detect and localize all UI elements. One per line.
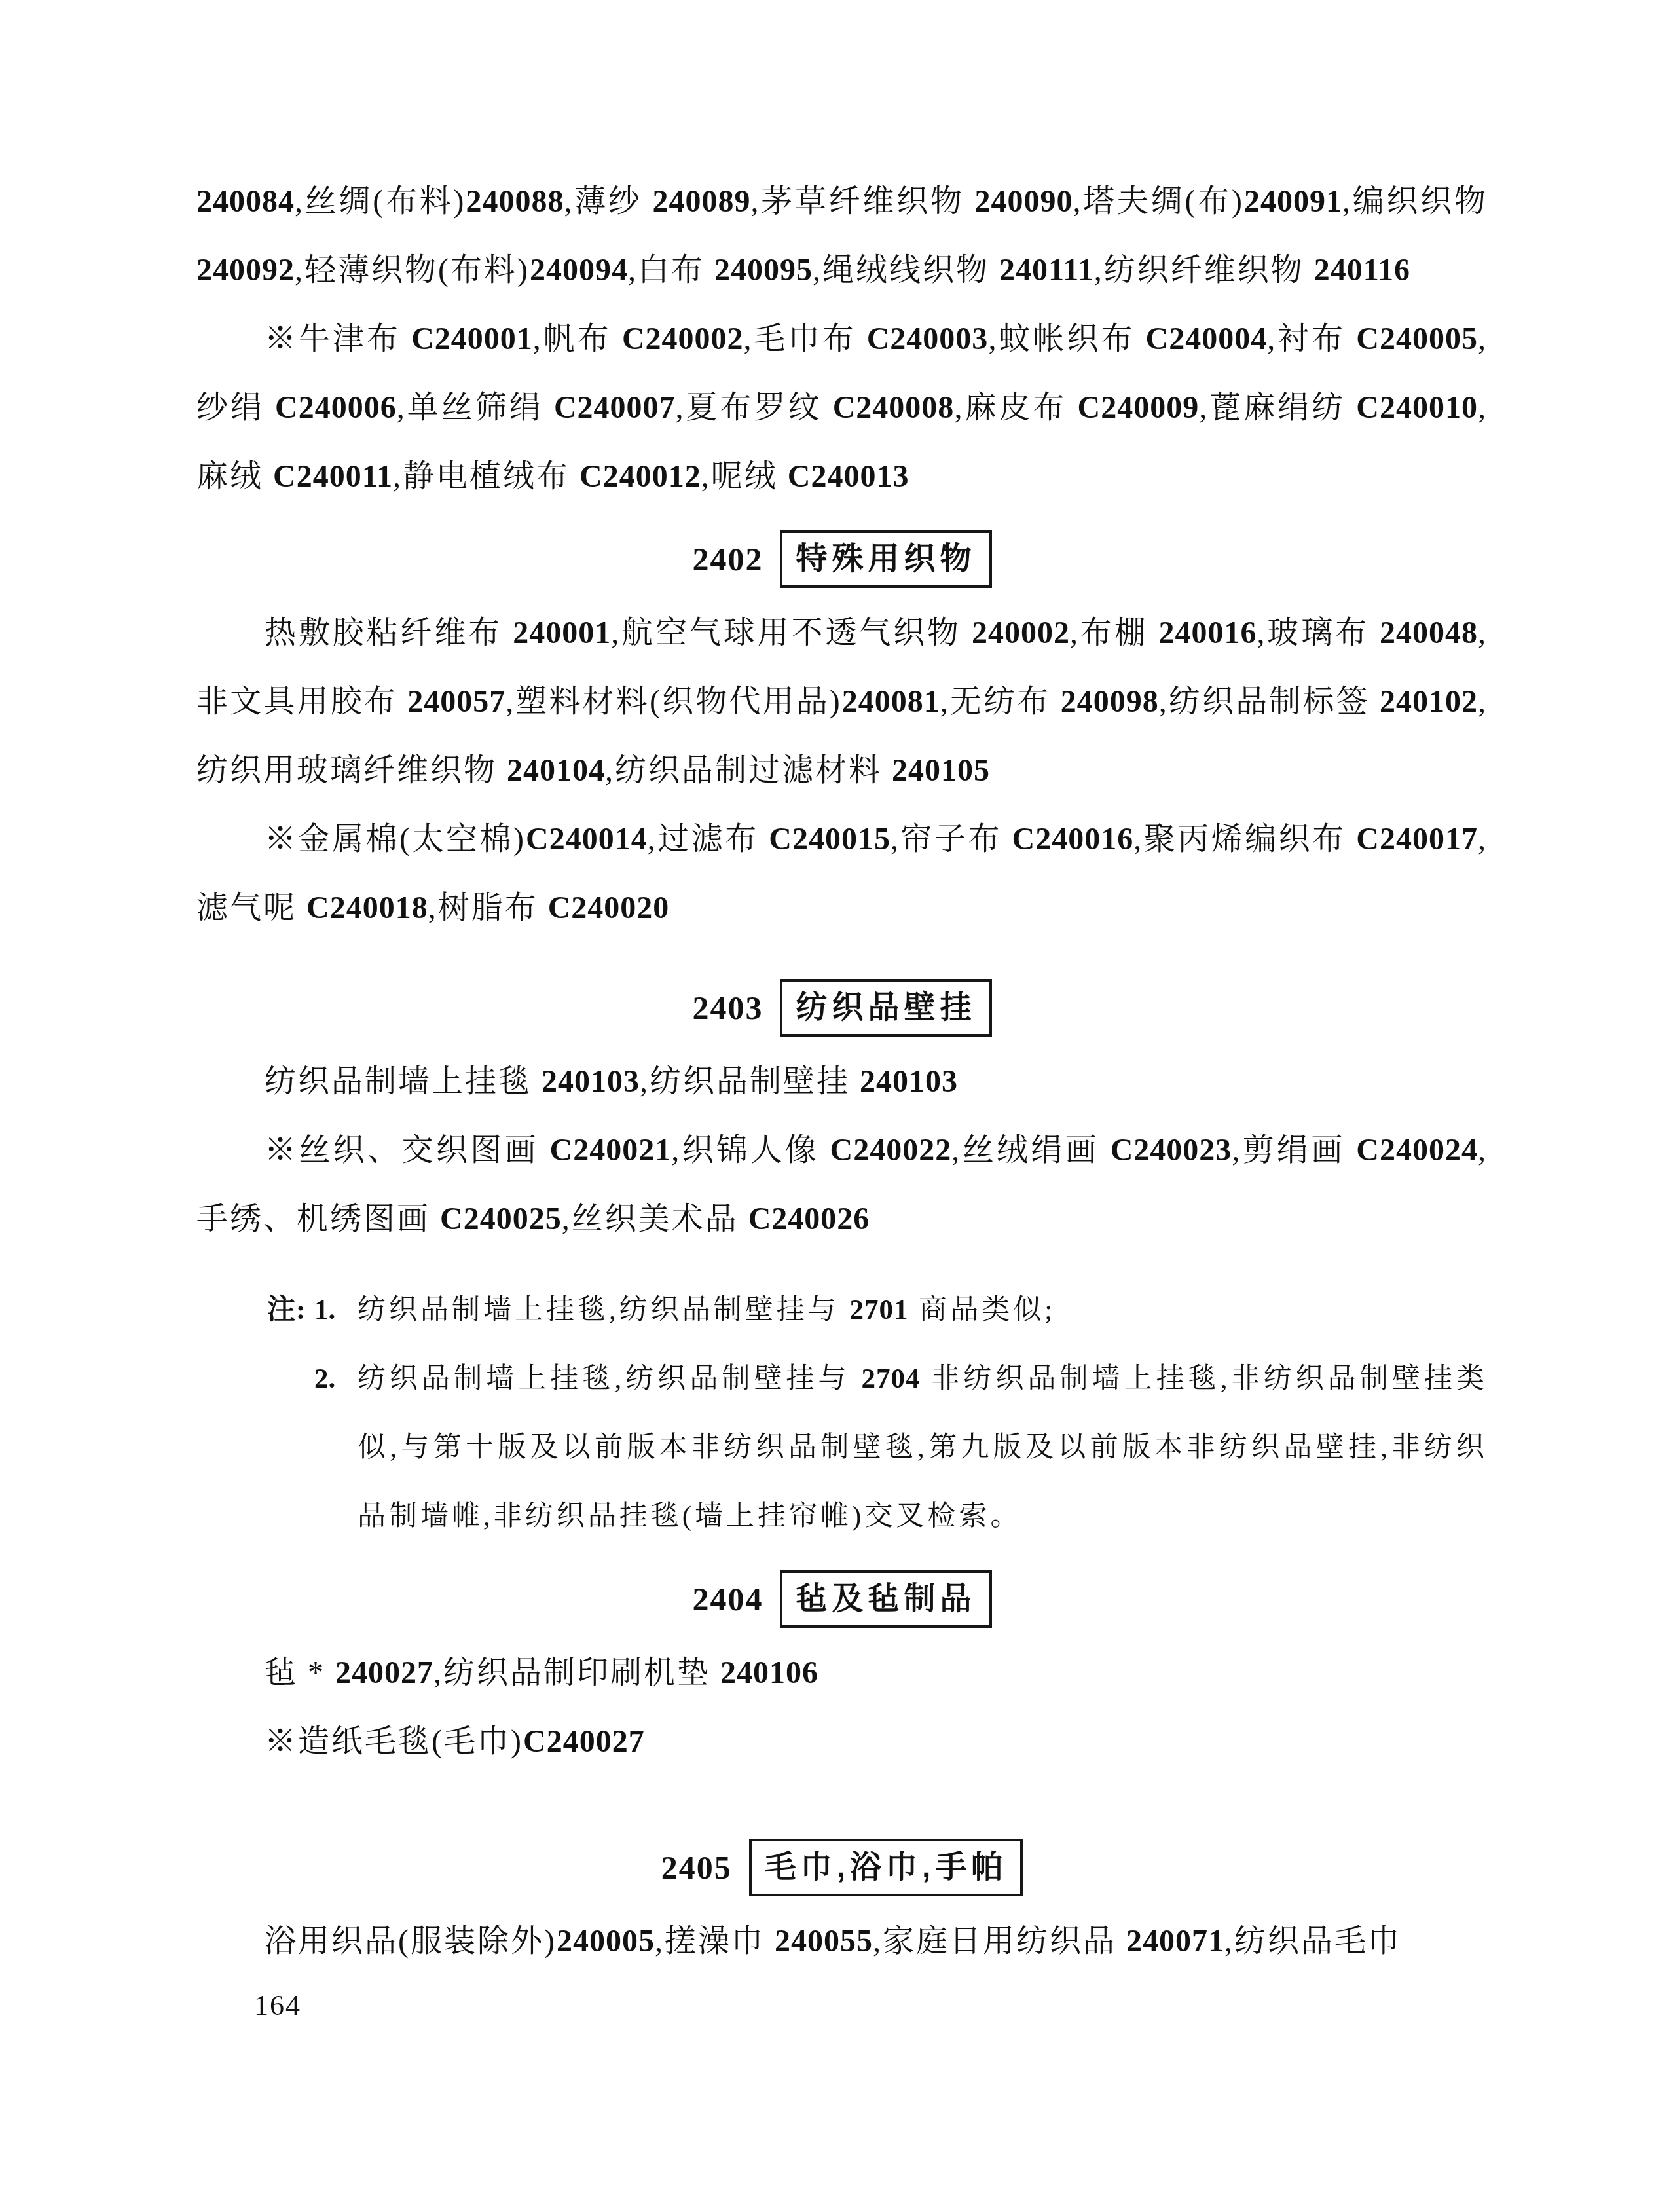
goods-code: C240001 [411, 322, 533, 356]
goods-code: 240105 [892, 753, 990, 788]
goods-text: ,搓澡巾 [655, 1924, 775, 1959]
goods-code: 240055 [775, 1924, 873, 1959]
goods-text: ,丝绸(布料) [295, 184, 466, 219]
goods-code: 240103 [542, 1064, 640, 1099]
goods-text: ,航空气球用不透气织物 [611, 616, 972, 650]
page-number: 164 [196, 1989, 1488, 2022]
goods-text: ※金属棉(太空棉) [265, 822, 526, 857]
goods-code: 240111 [999, 253, 1094, 287]
goods-code: 2701 [850, 1295, 909, 1325]
goods-text: ,纺织品制过滤材料 [605, 753, 892, 788]
note-marker-1: 1. [314, 1276, 358, 1344]
note-label: 注: [267, 1276, 314, 1344]
section-code-2403: 2403 [692, 989, 763, 1027]
para-2403-goods: 纺织品制墙上挂毯 240103,纺织品制壁挂 240103 [196, 1047, 1488, 1116]
goods-text: ,帘子布 [891, 822, 1012, 857]
goods-text: ,绳绒线织物 [813, 253, 999, 287]
goods-text: 浴用织品(服装除外) [265, 1924, 557, 1959]
goods-code: 240005 [557, 1924, 655, 1959]
para-2401-continuation: 240084,丝绸(布料)240088,薄纱 240089,茅草纤维织物 240… [196, 167, 1488, 304]
goods-text: ,单丝筛绢 [397, 390, 554, 425]
para-2404-goods: 毡 * 240027,纺织品制印刷机垫 240106 [196, 1638, 1488, 1707]
goods-code: C240020 [548, 891, 670, 925]
goods-text: ,纺织品制壁挂 [640, 1064, 860, 1099]
goods-text: ,树脂布 [428, 891, 548, 925]
goods-text: ,白布 [628, 253, 714, 287]
goods-code: C240002 [622, 322, 744, 356]
goods-code: C240017 [1356, 822, 1478, 857]
goods-code: 240001 [513, 616, 611, 650]
goods-code: 240089 [652, 184, 750, 219]
goods-text: 商品类似; [909, 1295, 1056, 1325]
goods-text: ,玻璃布 [1257, 616, 1379, 650]
goods-code: C240022 [830, 1133, 952, 1168]
goods-text: ,布棚 [1070, 616, 1159, 650]
goods-code: 240095 [714, 253, 813, 287]
section-title-box-2402: 特殊用织物 [780, 530, 991, 588]
goods-text: ,帆布 [533, 322, 622, 356]
goods-text: ,编织织物 [1342, 184, 1488, 219]
section-header-2403: 2403 纺织品壁挂 [196, 979, 1488, 1037]
goods-code: C240010 [1356, 390, 1478, 425]
section-code-2405: 2405 [661, 1849, 732, 1887]
goods-code: C240013 [788, 459, 909, 494]
goods-code: 240094 [530, 253, 628, 287]
goods-text: ,衬布 [1267, 322, 1356, 356]
goods-text: 纺织品制墙上挂毯,纺织品制壁挂与 [358, 1295, 850, 1325]
document-page: 240084,丝绸(布料)240088,薄纱 240089,茅草纤维织物 240… [0, 0, 1671, 2212]
goods-text: ,纺织品制标签 [1159, 684, 1380, 719]
goods-code: C240006 [275, 390, 397, 425]
goods-code: C240009 [1077, 390, 1199, 425]
goods-code: 240084 [196, 184, 295, 219]
goods-text: ,剪绢画 [1232, 1133, 1356, 1168]
goods-code: C240012 [579, 459, 701, 494]
para-2402-c-codes: ※金属棉(太空棉)C240014,过滤布 C240015,帘子布 C240016… [196, 805, 1488, 942]
goods-code: 240027 [335, 1655, 433, 1690]
goods-code: C240025 [440, 1202, 562, 1236]
goods-code: C240026 [748, 1202, 870, 1236]
section-header-2402: 2402 特殊用织物 [196, 530, 1488, 588]
goods-text: 纺织品制墙上挂毯,纺织品制壁挂与 [358, 1363, 861, 1394]
note-block: 注: 1. 纺织品制墙上挂毯,纺织品制壁挂与 2701 商品类似; 2. 纺织品… [267, 1276, 1488, 1551]
goods-text: ,无纺布 [940, 684, 1061, 719]
goods-code: C240023 [1111, 1133, 1232, 1168]
para-2403-c-codes: ※丝织、交织图画 C240021,织锦人像 C240022,丝绒绢画 C2400… [196, 1116, 1488, 1253]
goods-text: ,塑料材料(织物代用品) [505, 684, 842, 719]
goods-text: ,茅草纤维织物 [750, 184, 974, 219]
goods-text: ,毛巾布 [744, 322, 867, 356]
goods-code: C240015 [769, 822, 891, 857]
para-2404-c-codes: ※造纸毛毯(毛巾)C240027 [196, 1707, 1488, 1776]
goods-text: ,麻皮布 [954, 390, 1077, 425]
goods-text: ※丝织、交织图画 [265, 1133, 550, 1168]
goods-text: 毡 * [265, 1655, 335, 1690]
goods-text: 热敷胶粘纤维布 [265, 616, 513, 650]
section-header-2404: 2404 毡及毡制品 [196, 1570, 1488, 1628]
goods-text: ,家庭日用纺织品 [873, 1924, 1126, 1959]
goods-text: ,纺织品制印刷机垫 [433, 1655, 720, 1690]
para-2405-goods: 浴用织品(服装除外)240005,搓澡巾 240055,家庭日用纺织品 2400… [196, 1907, 1488, 1976]
goods-code: 240091 [1244, 184, 1342, 219]
goods-code: 2704 [861, 1363, 920, 1394]
goods-code: C240007 [554, 390, 676, 425]
goods-code: 240081 [842, 684, 940, 719]
goods-code: C240021 [550, 1133, 672, 1168]
para-2402-goods: 热敷胶粘纤维布 240001,航空气球用不透气织物 240002,布棚 2400… [196, 599, 1488, 805]
goods-code: C240027 [523, 1724, 645, 1759]
goods-text: ,轻薄织物(布料) [295, 253, 530, 287]
goods-code: C240018 [306, 891, 428, 925]
goods-code: 240116 [1314, 253, 1410, 287]
section-title-box-2404: 毡及毡制品 [780, 1570, 991, 1628]
goods-text: ,塔夫绸(布) [1073, 184, 1243, 219]
section-code-2402: 2402 [692, 540, 763, 578]
note-item-2: 2. 纺织品制墙上挂毯,纺织品制壁挂与 2704 非纺织品制墙上挂毯,非纺织品制… [267, 1344, 1488, 1551]
section-title-box-2405: 毛巾,浴巾,手帕 [749, 1839, 1023, 1896]
goods-code: C240024 [1356, 1133, 1478, 1168]
goods-text: 纺织品制墙上挂毯 [265, 1064, 542, 1099]
goods-text: ※造纸毛毯(毛巾) [265, 1724, 523, 1759]
section-title-box-2403: 纺织品壁挂 [780, 979, 991, 1037]
goods-code: 240088 [466, 184, 564, 219]
goods-text: ,丝绒绢画 [951, 1133, 1110, 1168]
goods-text: ,薄纱 [564, 184, 652, 219]
goods-code: 240090 [974, 184, 1073, 219]
goods-code: 240103 [860, 1064, 958, 1099]
goods-text: ,夏布罗纹 [676, 390, 833, 425]
goods-text: ,蚊帐织布 [988, 322, 1145, 356]
goods-code: C240008 [833, 390, 955, 425]
goods-code: 240104 [507, 753, 605, 788]
note-text-2: 纺织品制墙上挂毯,纺织品制壁挂与 2704 非纺织品制墙上挂毯,非纺织品制壁挂类… [358, 1344, 1488, 1551]
note-marker-2: 2. [314, 1344, 358, 1413]
goods-code: C240016 [1012, 822, 1134, 857]
goods-code: C240011 [273, 459, 393, 494]
goods-code: 240102 [1380, 684, 1478, 719]
goods-code: C240005 [1356, 322, 1478, 356]
goods-code: C240003 [867, 322, 989, 356]
goods-text: ※牛津布 [265, 322, 411, 356]
section-header-2405: 2405 毛巾,浴巾,手帕 [196, 1839, 1488, 1896]
goods-text: ,呢绒 [701, 459, 788, 494]
goods-text: ,聚丙烯编织布 [1133, 822, 1356, 857]
goods-text: ,静电植绒布 [393, 459, 579, 494]
goods-text: ,织锦人像 [671, 1133, 830, 1168]
goods-code: C240004 [1146, 322, 1268, 356]
note-text-1: 纺织品制墙上挂毯,纺织品制壁挂与 2701 商品类似; [358, 1276, 1488, 1344]
goods-text: ,蓖麻绢纺 [1199, 390, 1356, 425]
goods-code: 240098 [1061, 684, 1159, 719]
goods-code: 240002 [972, 616, 1070, 650]
goods-code: 240048 [1380, 616, 1478, 650]
goods-code: 240071 [1126, 1924, 1224, 1959]
goods-text: ,纺织纤维织物 [1094, 253, 1314, 287]
goods-text: ,过滤布 [648, 822, 769, 857]
goods-text: ,纺织品毛巾 [1224, 1924, 1401, 1959]
note-item-1: 注: 1. 纺织品制墙上挂毯,纺织品制壁挂与 2701 商品类似; [267, 1276, 1488, 1344]
para-2401-c-codes: ※牛津布 C240001,帆布 C240002,毛巾布 C240003,蚊帐织布… [196, 304, 1488, 511]
goods-code: C240014 [526, 822, 648, 857]
goods-text: ,丝织美术品 [562, 1202, 748, 1236]
section-code-2404: 2404 [692, 1580, 763, 1618]
goods-code: 240057 [407, 684, 505, 719]
goods-code: 240106 [720, 1655, 818, 1690]
goods-code: 240092 [196, 253, 295, 287]
goods-code: 240016 [1158, 616, 1257, 650]
